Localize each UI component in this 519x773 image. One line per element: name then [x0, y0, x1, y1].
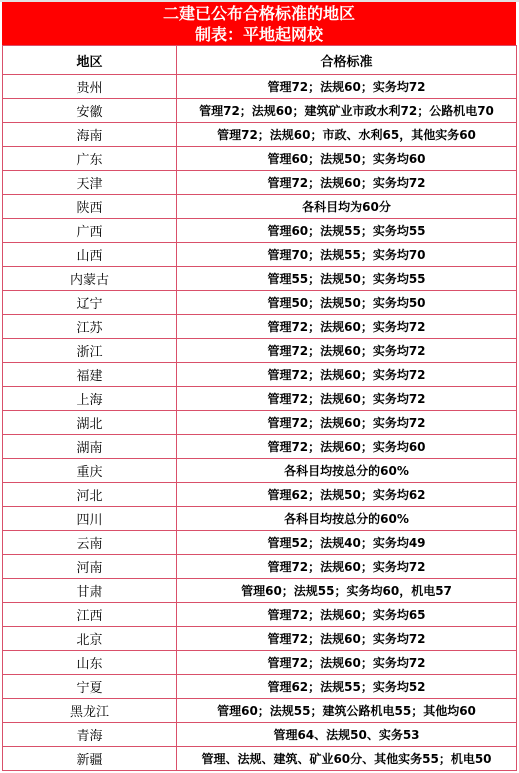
table-row: 河南管理72；法规60；实务均72 [3, 555, 517, 579]
region-cell[interactable]: 广东 [3, 147, 177, 171]
table-row: 黑龙江管理60；法规55；建筑公路机电55；其他均60 [3, 699, 517, 723]
table-row: 北京管理72；法规60；实务均72 [3, 627, 517, 651]
standard-cell[interactable]: 管理72；法规60；实务均72 [177, 651, 517, 675]
table-row: 安徽管理72；法规60；建筑矿业市政水利72；公路机电70 [3, 99, 517, 123]
standard-cell[interactable]: 管理70；法规55；实务均70 [177, 243, 517, 267]
region-cell[interactable]: 青海 [3, 723, 177, 747]
table-header-row: 地区 合格标准 [3, 46, 517, 75]
region-cell[interactable]: 辽宁 [3, 291, 177, 315]
region-cell[interactable]: 广西 [3, 219, 177, 243]
table-row: 浙江管理72；法规60；实务均72 [3, 339, 517, 363]
table-row: 海南管理72；法规60；市政、水利65，其他实务60 [3, 123, 517, 147]
standard-cell[interactable]: 管理72；法规60；实务均72 [177, 339, 517, 363]
table-row: 广西管理60；法规55；实务均55 [3, 219, 517, 243]
table-row: 陕西各科目均为60分 [3, 195, 517, 219]
pass-standard-sheet: 二建已公布合格标准的地区 制表：平地起网校 地区 合格标准 贵州管理72；法规6… [2, 2, 516, 771]
table-row: 江苏管理72；法规60；实务均72 [3, 315, 517, 339]
standard-cell[interactable]: 管理72；法规60；实务均60 [177, 435, 517, 459]
standard-cell[interactable]: 管理64、法规50、实务53 [177, 723, 517, 747]
table-row: 云南管理52；法规40；实务均49 [3, 531, 517, 555]
region-cell[interactable]: 重庆 [3, 459, 177, 483]
standard-cell[interactable]: 管理62；法规50；实务均62 [177, 483, 517, 507]
standard-cell[interactable]: 管理72；法规60；建筑矿业市政水利72；公路机电70 [177, 99, 517, 123]
region-cell[interactable]: 新疆 [3, 747, 177, 771]
standard-cell[interactable]: 管理72；法规60；实务均72 [177, 315, 517, 339]
region-cell[interactable]: 浙江 [3, 339, 177, 363]
title-banner: 二建已公布合格标准的地区 制表：平地起网校 [2, 2, 516, 45]
standard-cell[interactable]: 管理72；法规60；实务均72 [177, 411, 517, 435]
region-cell[interactable]: 海南 [3, 123, 177, 147]
standard-cell[interactable]: 管理72；法规60；实务均72 [177, 363, 517, 387]
region-cell[interactable]: 甘肃 [3, 579, 177, 603]
table-row: 青海管理64、法规50、实务53 [3, 723, 517, 747]
region-cell[interactable]: 上海 [3, 387, 177, 411]
table-row: 内蒙古管理55；法规50；实务均55 [3, 267, 517, 291]
table-row: 辽宁管理50；法规50；实务均50 [3, 291, 517, 315]
region-cell[interactable]: 陕西 [3, 195, 177, 219]
region-cell[interactable]: 江西 [3, 603, 177, 627]
region-cell[interactable]: 宁夏 [3, 675, 177, 699]
region-cell[interactable]: 四川 [3, 507, 177, 531]
header-region[interactable]: 地区 [3, 46, 177, 75]
standard-cell[interactable]: 管理、法规、建筑、矿业60分、其他实务55；机电50 [177, 747, 517, 771]
region-cell[interactable]: 北京 [3, 627, 177, 651]
header-standard[interactable]: 合格标准 [177, 46, 517, 75]
standard-cell[interactable]: 管理72；法规60；实务均72 [177, 387, 517, 411]
sheet-title: 二建已公布合格标准的地区 [2, 2, 516, 24]
table-row: 宁夏管理62；法规55；实务均52 [3, 675, 517, 699]
standard-cell[interactable]: 管理72；法规60；实务均72 [177, 171, 517, 195]
table-row: 河北管理62；法规50；实务均62 [3, 483, 517, 507]
table-row: 上海管理72；法规60；实务均72 [3, 387, 517, 411]
table-row: 山东管理72；法规60；实务均72 [3, 651, 517, 675]
table-row: 贵州管理72；法规60；实务均72 [3, 75, 517, 99]
standard-cell[interactable]: 管理60；法规50；实务均60 [177, 147, 517, 171]
standard-cell[interactable]: 管理72；法规60；实务均72 [177, 627, 517, 651]
standard-cell[interactable]: 管理55；法规50；实务均55 [177, 267, 517, 291]
table-row: 重庆各科目均按总分的60% [3, 459, 517, 483]
region-cell[interactable]: 天津 [3, 171, 177, 195]
standard-cell[interactable]: 各科目均按总分的60% [177, 507, 517, 531]
standard-cell[interactable]: 管理60；法规55；建筑公路机电55；其他均60 [177, 699, 517, 723]
standard-cell[interactable]: 各科目均按总分的60% [177, 459, 517, 483]
table-row: 江西管理72；法规60；实务均65 [3, 603, 517, 627]
pass-standard-table: 地区 合格标准 贵州管理72；法规60；实务均72安徽管理72；法规60；建筑矿… [2, 45, 517, 771]
standard-cell[interactable]: 管理72；法规60；市政、水利65，其他实务60 [177, 123, 517, 147]
region-cell[interactable]: 江苏 [3, 315, 177, 339]
region-cell[interactable]: 湖北 [3, 411, 177, 435]
region-cell[interactable]: 黑龙江 [3, 699, 177, 723]
region-cell[interactable]: 安徽 [3, 99, 177, 123]
table-row: 广东管理60；法规50；实务均60 [3, 147, 517, 171]
region-cell[interactable]: 贵州 [3, 75, 177, 99]
table-row: 福建管理72；法规60；实务均72 [3, 363, 517, 387]
standard-cell[interactable]: 管理52；法规40；实务均49 [177, 531, 517, 555]
table-row: 湖南管理72；法规60；实务均60 [3, 435, 517, 459]
standard-cell[interactable]: 管理60；法规55；实务均55 [177, 219, 517, 243]
standard-cell[interactable]: 管理72；法规60；实务均72 [177, 555, 517, 579]
region-cell[interactable]: 山东 [3, 651, 177, 675]
table-row: 天津管理72；法规60；实务均72 [3, 171, 517, 195]
sheet-subtitle: 制表：平地起网校 [2, 24, 516, 45]
standard-cell[interactable]: 各科目均为60分 [177, 195, 517, 219]
standard-cell[interactable]: 管理60；法规55；实务均60，机电57 [177, 579, 517, 603]
standard-cell[interactable]: 管理72；法规60；实务均65 [177, 603, 517, 627]
table-row: 四川各科目均按总分的60% [3, 507, 517, 531]
table-row: 山西管理70；法规55；实务均70 [3, 243, 517, 267]
region-cell[interactable]: 河南 [3, 555, 177, 579]
region-cell[interactable]: 云南 [3, 531, 177, 555]
region-cell[interactable]: 山西 [3, 243, 177, 267]
table-row: 湖北管理72；法规60；实务均72 [3, 411, 517, 435]
region-cell[interactable]: 河北 [3, 483, 177, 507]
table-row: 新疆管理、法规、建筑、矿业60分、其他实务55；机电50 [3, 747, 517, 771]
standard-cell[interactable]: 管理62；法规55；实务均52 [177, 675, 517, 699]
region-cell[interactable]: 湖南 [3, 435, 177, 459]
standard-cell[interactable]: 管理50；法规50；实务均50 [177, 291, 517, 315]
standard-cell[interactable]: 管理72；法规60；实务均72 [177, 75, 517, 99]
region-cell[interactable]: 内蒙古 [3, 267, 177, 291]
region-cell[interactable]: 福建 [3, 363, 177, 387]
table-row: 甘肃管理60；法规55；实务均60，机电57 [3, 579, 517, 603]
